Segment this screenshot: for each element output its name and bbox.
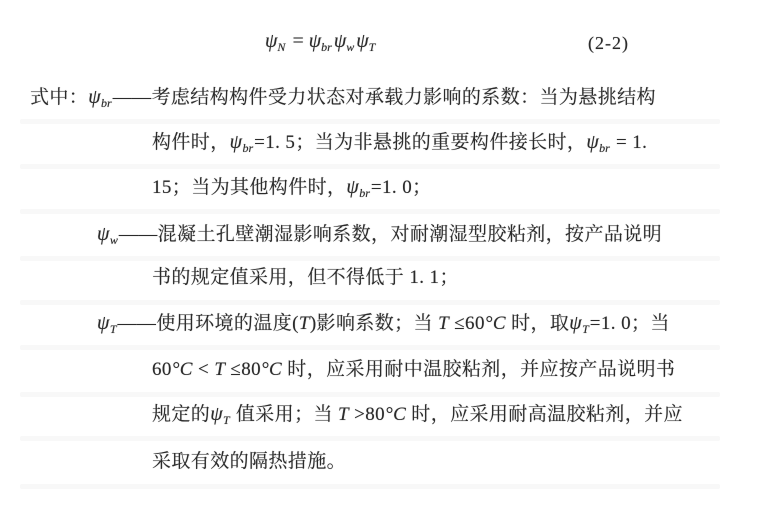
- text-line: 构件时，ψbr=1. 5；当为非悬挑的重要构件接长时，ψbr = 1.: [152, 130, 647, 155]
- text-run: ——考虑结构构件受力状态对承载力影响的系数：当为悬挑结构: [113, 87, 656, 108]
- text-run: <: [193, 359, 214, 380]
- scan-artifact-band: [20, 209, 720, 214]
- psi-glyph: ψ: [569, 312, 582, 334]
- psi-subscript: w: [346, 40, 354, 54]
- text-run: ≤60: [449, 313, 485, 334]
- text-run: 值采用；当: [231, 404, 338, 425]
- math-variable: T: [214, 359, 225, 380]
- psi-glyph: ψ: [97, 223, 110, 245]
- psi-symbol: ψw: [334, 30, 355, 52]
- psi-glyph: ψ: [356, 30, 368, 52]
- text-run: 式中：: [30, 87, 88, 108]
- text-run: >80: [349, 404, 385, 425]
- text-run: ——混凝土孔壁潮湿影响系数，对耐潮湿型胶粘剂，按产品说明: [119, 224, 662, 245]
- psi-glyph: ψ: [334, 30, 346, 52]
- text-run: ≤80: [225, 359, 261, 380]
- text-run: 规定的: [152, 404, 210, 425]
- psi-subscript: T: [110, 322, 117, 336]
- psi-subscript: br: [359, 186, 370, 200]
- psi-subscript: N: [277, 40, 285, 54]
- document-page: ψN = ψbrψwψT (2-2) 式中：ψbr——考虑结构构件受力状态对承载…: [0, 0, 763, 506]
- scan-artifact-band: [20, 256, 720, 261]
- text-run: = 1.: [611, 132, 647, 153]
- psi-glyph: ψ: [230, 131, 243, 153]
- psi-subscript: T: [582, 322, 589, 336]
- text-line: 规定的ψT 值采用；当 T >80°C 时，应采用耐高温胶粘剂，并应: [152, 402, 683, 427]
- psi-symbol: ψbr: [586, 132, 611, 153]
- psi-glyph: ψ: [210, 403, 223, 425]
- math-variable: T: [438, 313, 449, 334]
- psi-subscript: br: [599, 141, 610, 155]
- text-line: 60°C < T ≤80°C 时，应采用耐中温胶粘剂，并应按产品说明书: [152, 358, 675, 382]
- scan-artifact-band: [20, 436, 720, 441]
- scan-artifact-band: [20, 484, 720, 489]
- psi-symbol: ψbr: [346, 177, 371, 198]
- psi-symbol: ψT: [356, 30, 376, 52]
- text-run: )影响系数；当: [310, 313, 438, 334]
- equation-row: ψN = ψbrψwψT (2-2): [0, 30, 763, 60]
- scan-artifact-band: [20, 164, 720, 169]
- text-line: ψw——混凝土孔壁潮湿影响系数，对耐潮湿型胶粘剂，按产品说明: [97, 222, 662, 247]
- psi-subscript: br: [101, 96, 112, 110]
- math-variable: °C: [261, 359, 282, 380]
- text-line: ψT——使用环境的温度(T)影响系数；当 T ≤60°C 时，取ψT=1. 0；…: [97, 311, 670, 336]
- scan-artifact-band: [20, 345, 720, 350]
- psi-glyph: ψ: [586, 131, 599, 153]
- equation-number: (2-2): [588, 33, 629, 54]
- psi-symbol: ψw: [97, 224, 119, 245]
- text-run: =1. 5；当为非悬挑的重要构件接长时，: [254, 132, 586, 153]
- psi-glyph: ψ: [309, 30, 321, 52]
- text-run: 时，应采用耐中温胶粘剂，并应按产品说明书: [282, 359, 675, 380]
- text-line: 书的规定值采用，但不得低于 1. 1；: [152, 266, 459, 290]
- psi-symbol: ψT: [210, 404, 231, 425]
- text-run: 60: [152, 359, 172, 380]
- math-variable: T: [338, 404, 349, 425]
- text-run: ——使用环境的温度(: [118, 313, 299, 334]
- equation-formula: ψN = ψbrψwψT: [265, 30, 377, 53]
- psi-glyph: ψ: [88, 86, 101, 108]
- math-variable: °C: [172, 359, 193, 380]
- text-run: 时，取: [506, 313, 569, 334]
- text-run: 时，应采用耐高温胶粘剂，并应: [406, 404, 683, 425]
- scan-artifact-band: [20, 300, 720, 305]
- text-line: 式中：ψbr——考虑结构构件受力状态对承载力影响的系数：当为悬挑结构: [30, 85, 656, 110]
- text-run: =: [287, 30, 308, 52]
- math-variable: °C: [485, 313, 506, 334]
- psi-subscript: T: [369, 40, 376, 54]
- psi-subscript: w: [110, 233, 118, 247]
- psi-subscript: br: [242, 141, 253, 155]
- psi-symbol: ψT: [569, 313, 590, 334]
- psi-glyph: ψ: [346, 176, 359, 198]
- math-variable: °C: [385, 404, 406, 425]
- psi-subscript: br: [321, 40, 332, 54]
- psi-glyph: ψ: [97, 312, 110, 334]
- scan-artifact-band: [20, 119, 720, 124]
- text-run: =1. 0；: [371, 177, 432, 198]
- psi-glyph: ψ: [265, 30, 277, 52]
- text-run: 15；当为其他构件时，: [152, 177, 346, 198]
- psi-symbol: ψbr: [88, 87, 113, 108]
- text-line: 采取有效的隔热措施。: [152, 450, 346, 474]
- text-line: 15；当为其他构件时，ψbr=1. 0；: [152, 175, 432, 200]
- psi-symbol: ψN: [265, 30, 286, 52]
- text-run: 构件时，: [152, 132, 230, 153]
- text-run: 采取有效的隔热措施。: [152, 451, 346, 472]
- text-run: =1. 0；当: [590, 313, 670, 334]
- scan-artifact-band: [20, 392, 720, 397]
- psi-symbol: ψbr: [230, 132, 255, 153]
- psi-symbol: ψbr: [309, 30, 333, 52]
- psi-subscript: T: [223, 413, 230, 427]
- math-variable: T: [299, 313, 310, 334]
- text-run: 书的规定值采用，但不得低于 1. 1；: [152, 267, 459, 288]
- psi-symbol: ψT: [97, 313, 118, 334]
